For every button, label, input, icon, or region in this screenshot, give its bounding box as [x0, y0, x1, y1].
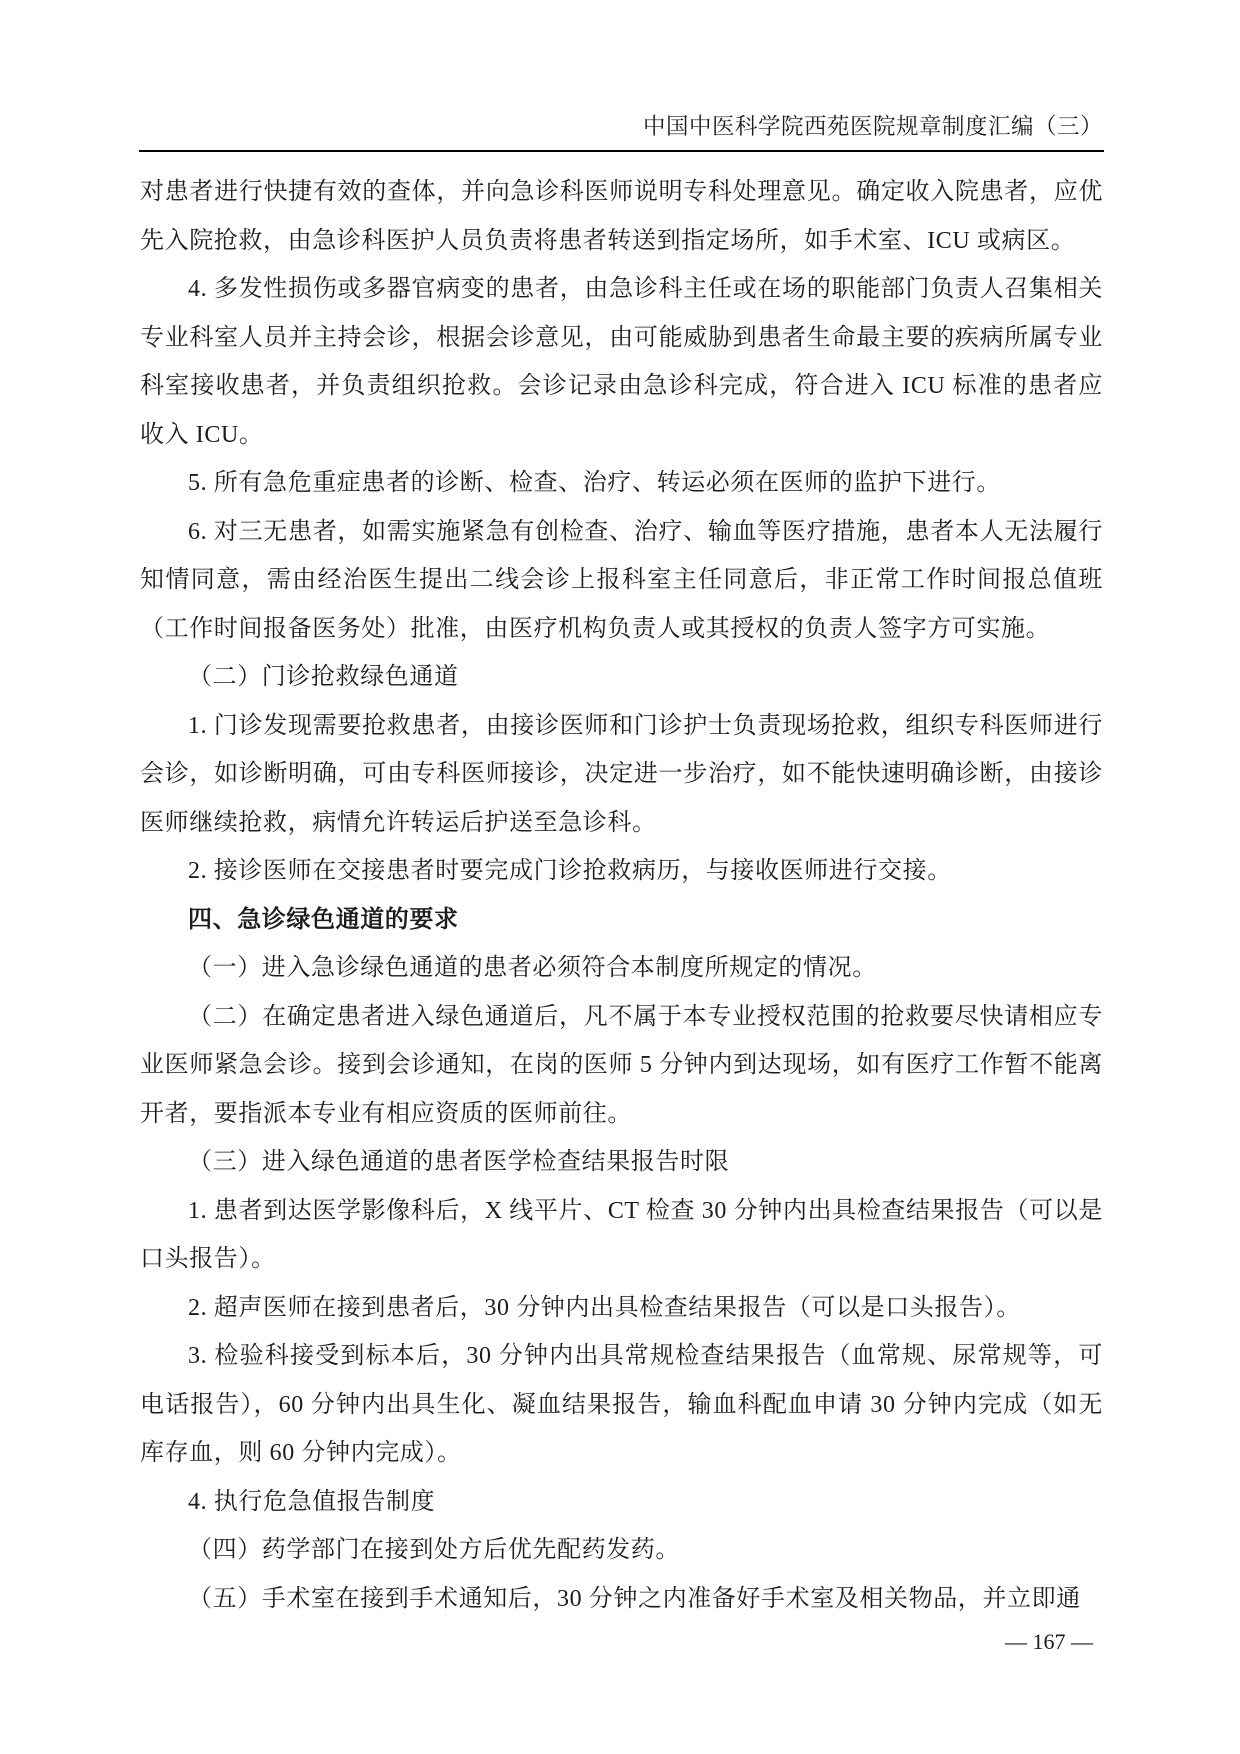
paragraph: 5. 所有急危重症患者的诊断、检查、治疗、转运必须在医师的监护下进行。 — [140, 459, 1103, 508]
subsection-heading: （三）进入绿色通道的患者医学检查结果报告时限 — [140, 1138, 1103, 1187]
section-heading: 四、急诊绿色通道的要求 — [140, 896, 1103, 945]
document-body: 对患者进行快捷有效的查体，并向急诊科医师说明专科处理意见。确定收入院患者，应优先… — [140, 168, 1103, 1623]
paragraph: 2. 超声医师在接到患者后，30 分钟内出具检查结果报告（可以是口头报告）。 — [140, 1284, 1103, 1333]
subsection-heading: （二）门诊抢救绿色通道 — [140, 653, 1103, 702]
paragraph: 2. 接诊医师在交接患者时要完成门诊抢救病历，与接收医师进行交接。 — [140, 847, 1103, 896]
header-rule — [139, 150, 1104, 152]
paragraph: 1. 门诊发现需要抢救患者，由接诊医师和门诊护士负责现场抢救，组织专科医师进行会… — [140, 702, 1103, 848]
paragraph: 4. 执行危急值报告制度 — [140, 1478, 1103, 1527]
paragraph: （五）手术室在接到手术通知后，30 分钟之内准备好手术室及相关物品，并立即通 — [140, 1575, 1103, 1624]
paragraph: 3. 检验科接受到标本后，30 分钟内出具常规检查结果报告（血常规、尿常规等，可… — [140, 1332, 1103, 1478]
paragraph: 4. 多发性损伤或多器官病变的患者，由急诊科主任或在场的职能部门负责人召集相关专… — [140, 265, 1103, 459]
paragraph: （一）进入急诊绿色通道的患者必须符合本制度所规定的情况。 — [140, 944, 1103, 993]
paragraph: 对患者进行快捷有效的查体，并向急诊科医师说明专科处理意见。确定收入院患者，应优先… — [140, 168, 1103, 265]
page-number: — 167 — — [1005, 1629, 1093, 1654]
document-page: 中国中医科学院西苑医院规章制度汇编（三） 对患者进行快捷有效的查体，并向急诊科医… — [0, 0, 1240, 1754]
page-footer: — 167 — — [140, 1628, 1093, 1656]
paragraph: 6. 对三无患者，如需实施紧急有创检查、治疗、输血等医疗措施，患者本人无法履行知… — [140, 508, 1103, 654]
paragraph: （四）药学部门在接到处方后优先配药发药。 — [140, 1526, 1103, 1575]
paragraph: （二）在确定患者进入绿色通道后，凡不属于本专业授权范围的抢救要尽快请相应专业医师… — [140, 993, 1103, 1139]
header-title: 中国中医科学院西苑医院规章制度汇编（三） — [140, 112, 1103, 142]
paragraph: 1. 患者到达医学影像科后，X 线平片、CT 检查 30 分钟内出具检查结果报告… — [140, 1187, 1103, 1284]
